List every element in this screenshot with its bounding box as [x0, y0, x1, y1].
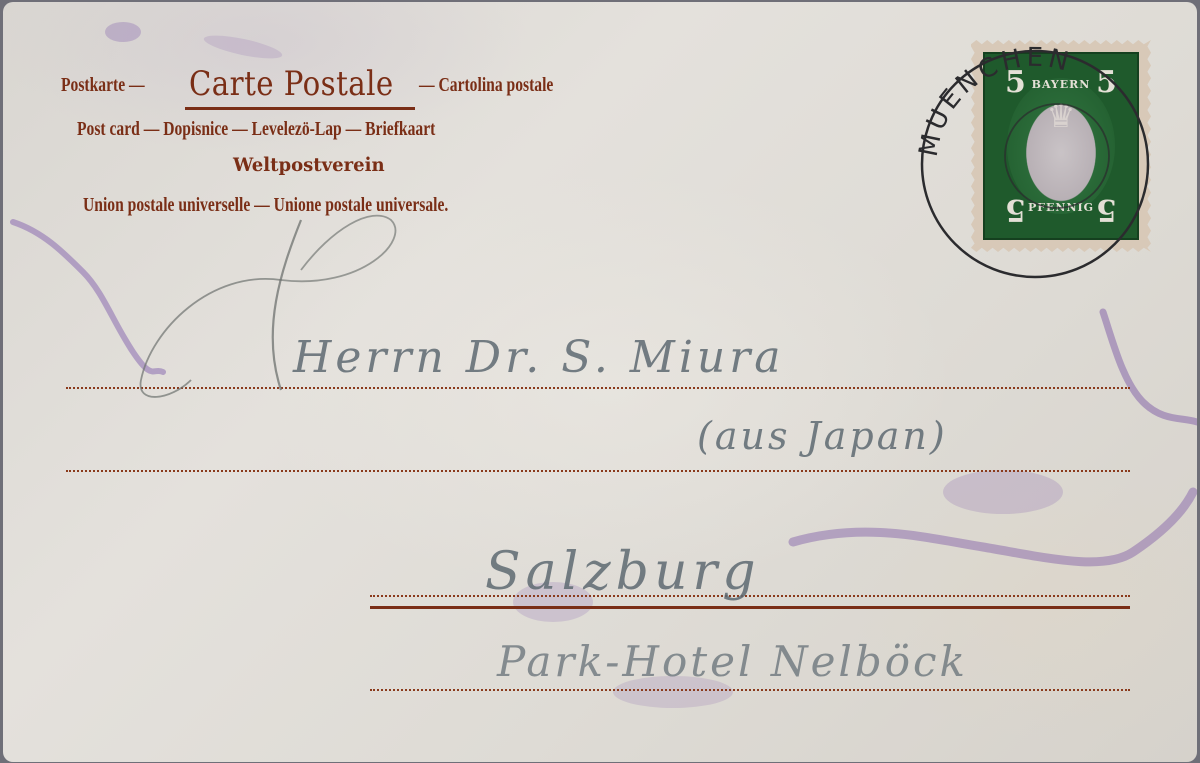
- ink-stain-right: [1083, 302, 1197, 442]
- address-line-4: [370, 689, 1130, 691]
- recipient-city: Salzburg: [485, 542, 761, 602]
- stamp-value-br: 5: [1096, 194, 1117, 224]
- header-cartolina: — Cartolina postale: [419, 74, 553, 97]
- stamp-value-tl: 5: [1005, 68, 1026, 98]
- title-underline: [185, 107, 415, 110]
- recipient-origin: (aus Japan): [697, 414, 948, 458]
- header-languages: Post card — Dopisnice — Levelezö-Lap — B…: [77, 118, 435, 141]
- header-title: Carte Postale: [189, 64, 394, 104]
- stamp-design: ♛ BAYERN PFENNIG 5 5 5 5: [983, 52, 1139, 240]
- recipient-hotel: Park-Hotel Nelböck: [497, 637, 968, 686]
- recipient-name: Herrn Dr. S. Miura: [293, 332, 785, 383]
- ink-stain-top: [93, 12, 293, 72]
- header-postkarte: Postkarte —: [61, 74, 145, 97]
- address-destination-rule: [370, 606, 1130, 609]
- address-line-2: [66, 470, 1130, 472]
- stamp-value-bl: 5: [1005, 194, 1026, 224]
- stamp-value-tr: 5: [1096, 68, 1117, 98]
- header-weltpostverein: Weltpostverein: [233, 154, 385, 176]
- postcard-back: Postkarte — Carte Postale — Cartolina po…: [3, 2, 1197, 762]
- crown-icon: ♛: [1047, 100, 1076, 132]
- ink-stain-center: [783, 452, 1197, 612]
- postage-stamp: ♛ BAYERN PFENNIG 5 5 5 5: [971, 40, 1151, 252]
